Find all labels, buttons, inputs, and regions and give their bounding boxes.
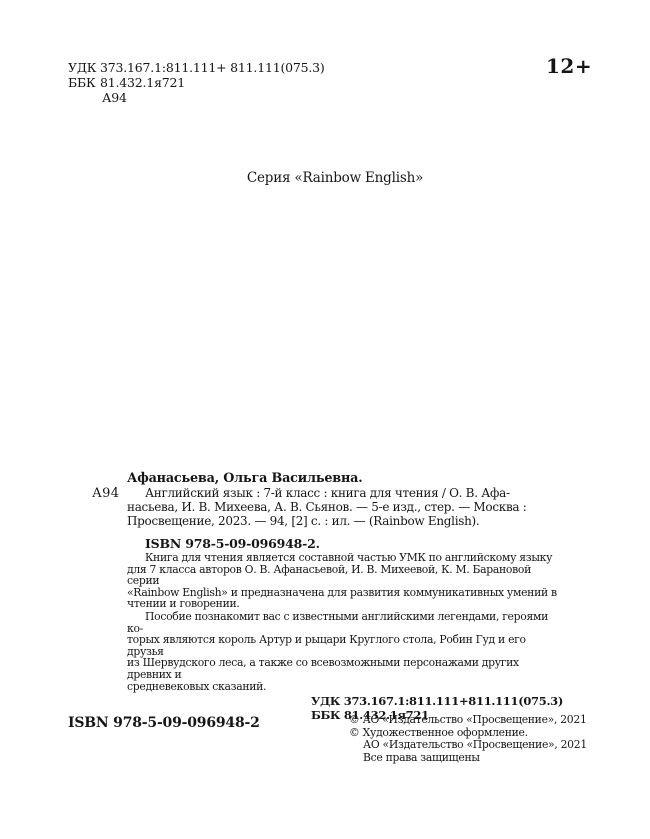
udk-row: УДК 373.167.1:811.111+ 811.111(075.3) (68, 60, 325, 75)
udk-value: 373.167.1:811.111+ 811.111(075.3) (100, 60, 325, 75)
author-code-row: А94 (68, 90, 325, 105)
bbk-value: 81.432.1я721 (100, 75, 185, 90)
classification-block: УДК 373.167.1:811.111+ 811.111(075.3) ББ… (68, 60, 325, 105)
age-rating-badge: 12+ (546, 54, 592, 78)
bbk-row: ББК 81.432.1я721 (68, 75, 325, 90)
copyright-line-1: © АО «Издательство «Просвещение», 2021 (349, 714, 587, 727)
isbn-catalog-line: ISBN 978-5-09-096948-2. (127, 537, 563, 551)
author-name: Афанасьева, Ольга Васильевна. (127, 472, 563, 486)
catalog-card-code: А94 (92, 486, 119, 501)
catalog-card: А94 Афанасьева, Ольга Васильевна. Англий… (127, 472, 563, 722)
author-code: А94 (68, 90, 127, 105)
bbk-label: ББК (68, 75, 100, 90)
udk-bottom-value: УДК 373.167.1:811.111+811.111(075.3) (311, 694, 563, 708)
copyright-line-3: АО «Издательство «Просвещение», 2021 (349, 739, 587, 752)
annotation-paragraph-2: Пособие познакомит вас с известными англ… (127, 611, 563, 692)
imprint-page: УДК 373.167.1:811.111+ 811.111(075.3) ББ… (0, 0, 650, 839)
isbn-footer: ISBN 978-5-09-096948-2 (68, 715, 260, 731)
series-title: Серия «Rainbow English» (20, 170, 650, 186)
copyright-block: © АО «Издательство «Просвещение», 2021 ©… (349, 714, 587, 764)
udk-label: УДК (68, 60, 100, 75)
copyright-line-4: Все права защищены (349, 752, 587, 765)
annotation-paragraph-1: Книга для чтения является составной част… (127, 552, 563, 610)
bibliographic-entry: Английский язык : 7-й класс : книга для … (127, 486, 563, 528)
